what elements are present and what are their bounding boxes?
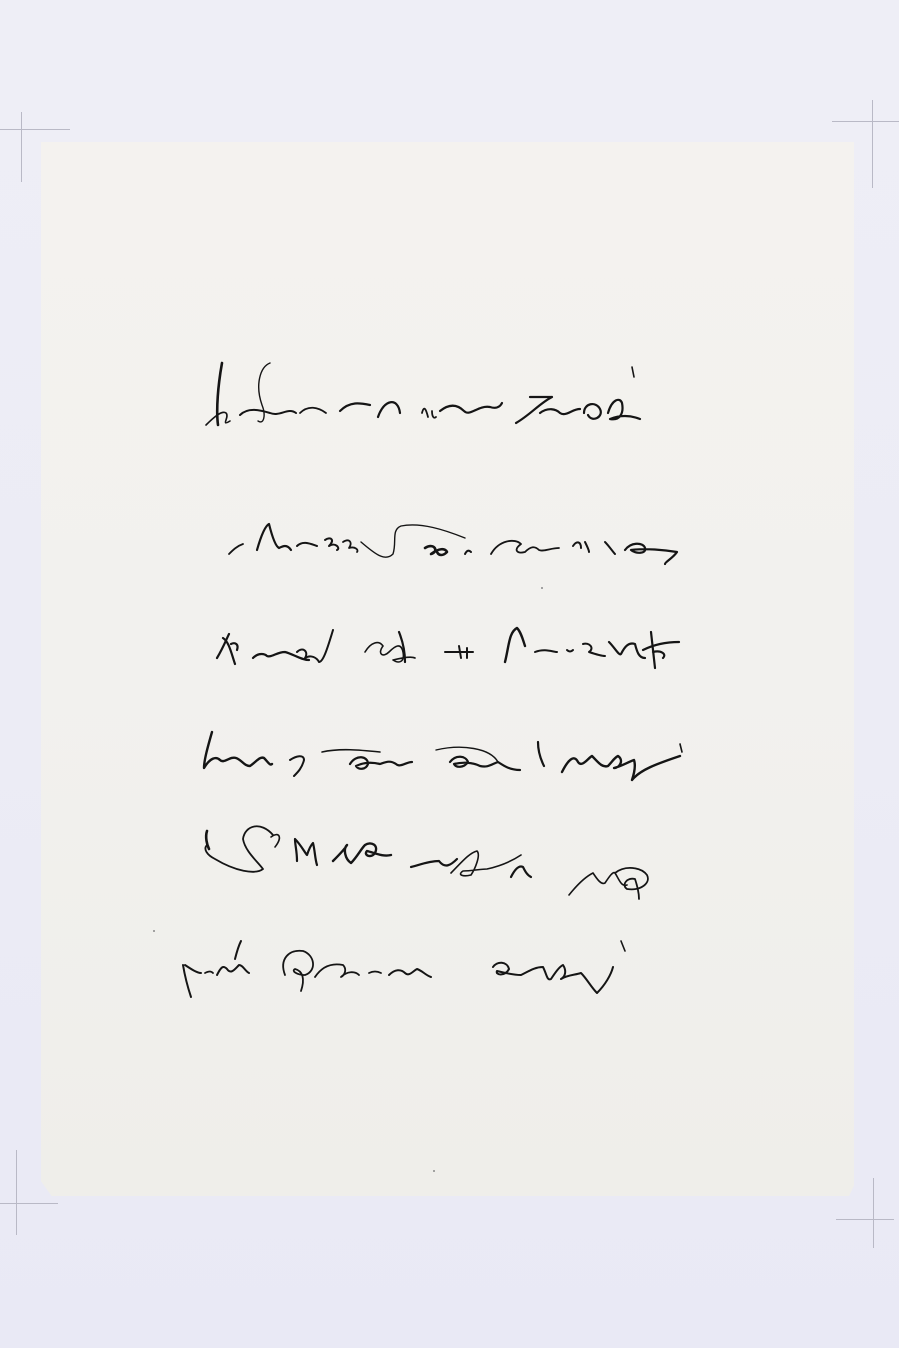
crop-mark-top-left-h	[0, 129, 70, 130]
ink-speck	[433, 1170, 435, 1172]
crop-mark-bottom-left-v	[16, 1150, 17, 1235]
handwriting-line-4	[200, 722, 690, 802]
ink-speck	[153, 930, 155, 932]
handwriting-line-5	[195, 815, 685, 905]
handwriting-line-6	[175, 935, 665, 1015]
crop-mark-top-right-v	[872, 100, 873, 188]
handwriting-line-1	[200, 355, 640, 445]
crop-mark-bottom-left-h	[0, 1203, 58, 1204]
handwriting-line-2	[225, 512, 705, 572]
handwriting-line-3	[205, 622, 685, 682]
ink-speck	[541, 587, 543, 589]
crop-mark-top-right-h	[832, 121, 899, 122]
crop-mark-bottom-right-v	[873, 1178, 874, 1248]
crop-mark-bottom-right-h	[836, 1219, 894, 1220]
crop-mark-top-left-v	[21, 112, 22, 182]
